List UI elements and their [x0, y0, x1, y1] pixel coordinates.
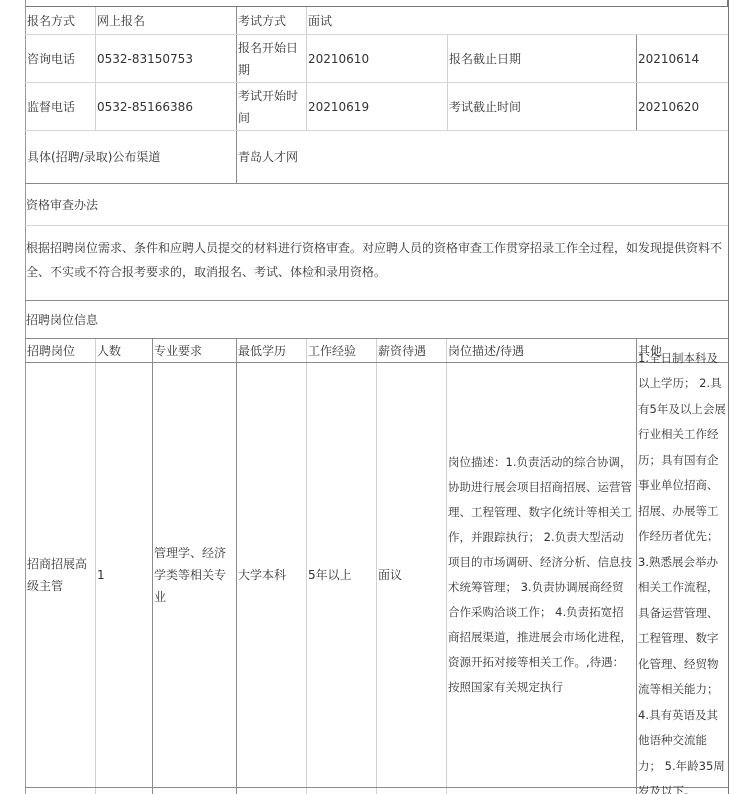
value-consult-phone: 0532-83150753	[95, 35, 236, 82]
cell-count: 1	[95, 363, 152, 787]
value-registration-start: 20210610	[306, 35, 447, 82]
table-right-border	[728, 0, 729, 794]
header-position: 招聘岗位	[26, 339, 95, 362]
column-divider	[95, 788, 152, 794]
info-row-registration: 报名方式 网上报名 考试方式 面试	[25, 7, 728, 35]
value-supervision-phone: 0532-85166386	[95, 83, 236, 130]
positions-header-row: 招聘岗位 人数 专业要求 最低学历 工作经验 薪资待遇 岗位描述/待遇 其他	[25, 339, 728, 363]
label-supervision-phone: 监督电话	[26, 83, 95, 130]
label-registration-start: 报名开始日期	[236, 35, 306, 82]
positions-title: 招聘岗位信息	[25, 301, 728, 338]
qualification-text: 根据招聘岗位需求、条件和应聘人员提交的材料进行资格审查。对应聘人员的资格审查工作…	[25, 226, 728, 300]
qualification-title: 资格审查办法	[25, 184, 728, 225]
value-exam-start: 20210619	[306, 83, 447, 130]
header-description: 岗位描述/待遇	[446, 339, 636, 362]
cell-other: 1.全日制本科及以上学历； 2.具有5年及以上会展行业相关工作经历；具有国有企事…	[636, 363, 727, 787]
value-exam-method: 面试	[306, 7, 726, 34]
label-exam-end: 考试截止时间	[447, 83, 636, 130]
info-row-channel: 具体(招聘/录取)公布渠道 青岛人才网	[25, 131, 728, 184]
column-divider	[152, 788, 236, 794]
label-registration-method: 报名方式	[26, 7, 95, 34]
table-row: 招商招展高级主管 1 管理学、经济学类等相关专业 大学本科 5年以上 面议 岗位…	[25, 363, 728, 788]
column-divider	[446, 788, 636, 794]
column-divider	[376, 788, 446, 794]
value-exam-end: 20210620	[636, 83, 727, 130]
value-registration-method: 网上报名	[95, 7, 236, 34]
header-experience: 工作经验	[306, 339, 376, 362]
cell-position: 招商招展高级主管	[26, 363, 95, 787]
value-registration-end: 20210614	[636, 35, 727, 82]
column-divider	[236, 788, 306, 794]
cell-description: 岗位描述：1.负责活动的综合协调，协助进行展会项目招商招展、运营管理、工程管理、…	[446, 363, 636, 787]
cell-education: 大学本科	[236, 363, 306, 787]
value-publish-channel: 青岛人才网	[236, 131, 726, 183]
label-consult-phone: 咨询电话	[26, 35, 95, 82]
next-row-partial	[25, 788, 728, 794]
cell-experience: 5年以上	[306, 363, 376, 787]
positions-title-row: 招聘岗位信息	[25, 301, 728, 339]
qualification-text-row: 根据招聘岗位需求、条件和应聘人员提交的材料进行资格审查。对应聘人员的资格审查工作…	[25, 226, 728, 301]
header-major: 专业要求	[152, 339, 236, 362]
header-education: 最低学历	[236, 339, 306, 362]
header-salary: 薪资待遇	[376, 339, 446, 362]
label-exam-start: 考试开始时间	[236, 83, 306, 130]
info-row-consult: 咨询电话 0532-83150753 报名开始日期 20210610 报名截止日…	[25, 35, 728, 83]
label-publish-channel: 具体(招聘/录取)公布渠道	[26, 131, 236, 183]
column-divider	[306, 788, 376, 794]
label-registration-end: 报名截止日期	[447, 35, 636, 82]
info-row-supervision: 监督电话 0532-85166386 考试开始时间 20210619 考试截止时…	[25, 83, 728, 131]
cell-major: 管理学、经济学类等相关专业	[152, 363, 236, 787]
header-count: 人数	[95, 339, 152, 362]
table-top-edge	[25, 0, 728, 7]
qualification-title-row: 资格审查办法	[25, 184, 728, 226]
label-exam-method: 考试方式	[236, 7, 306, 34]
column-divider	[636, 788, 727, 794]
cell-salary: 面议	[376, 363, 446, 787]
